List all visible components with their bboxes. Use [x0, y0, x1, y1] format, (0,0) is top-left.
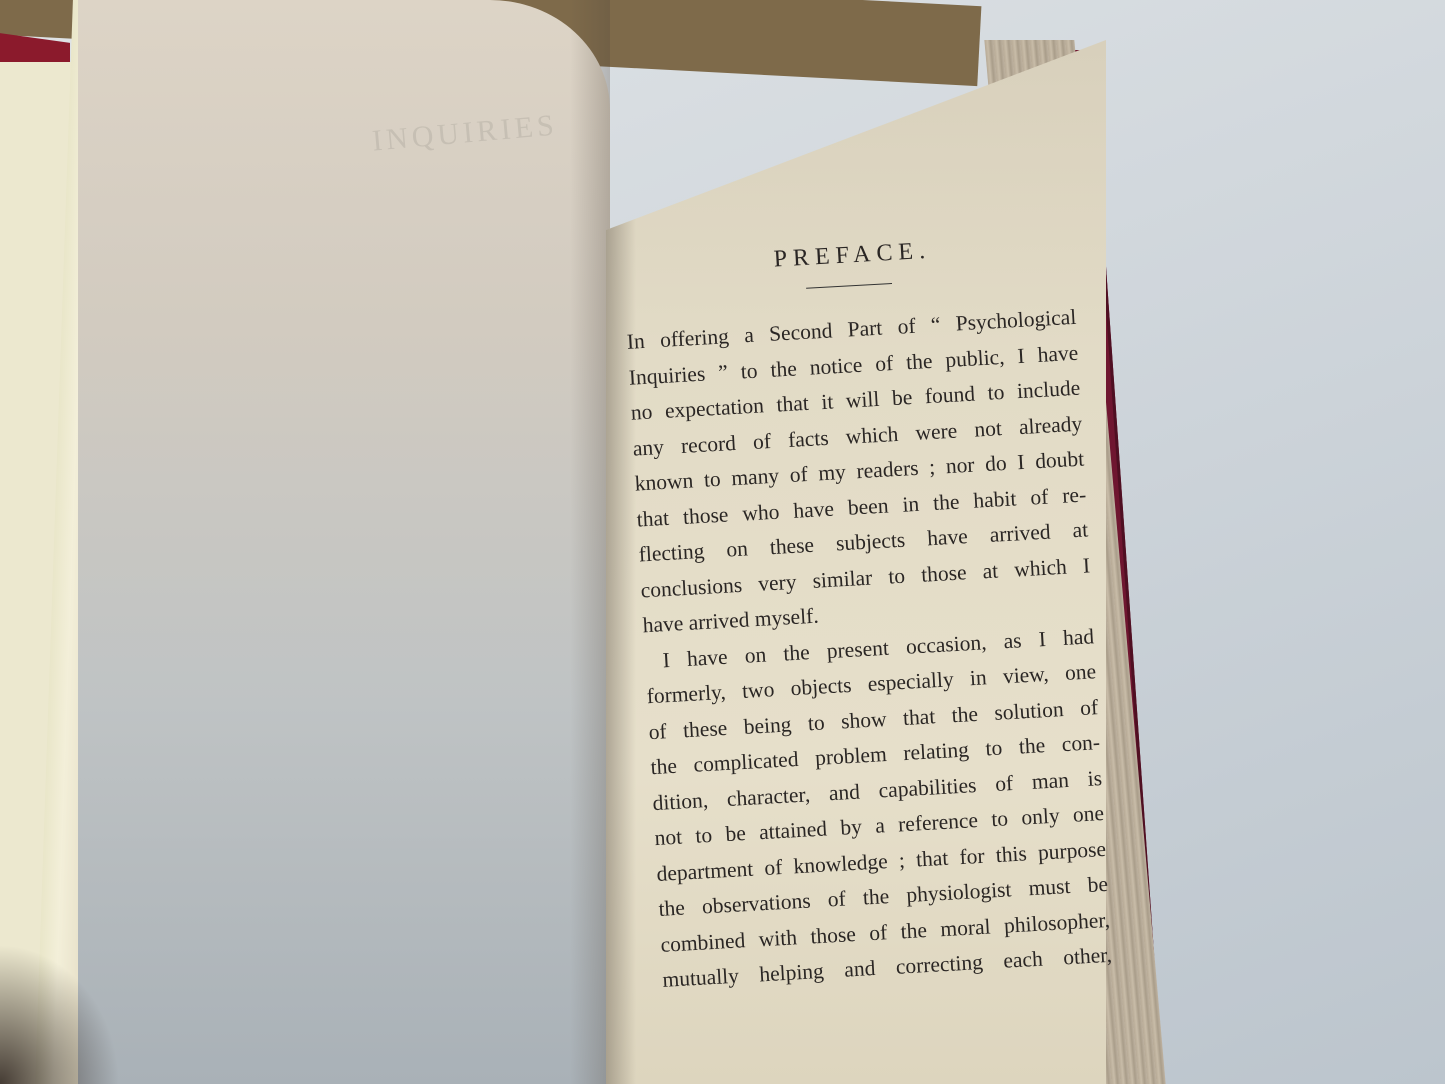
title-divider	[806, 283, 892, 289]
preface-text: PREFACE. In offering a Second Part of “ …	[622, 230, 1113, 998]
show-through-text: INQUIRIES	[176, 95, 603, 686]
paragraph-2: I have on the present occasion, as I had…	[644, 619, 1113, 999]
corner-shadow	[0, 944, 120, 1084]
gutter-shadow-right	[606, 40, 636, 1084]
paragraph-1: In offering a Second Part of “ Psycholog…	[626, 300, 1093, 644]
open-book: INQUIRIES PREFACE. In offering a Second …	[0, 0, 1445, 1084]
